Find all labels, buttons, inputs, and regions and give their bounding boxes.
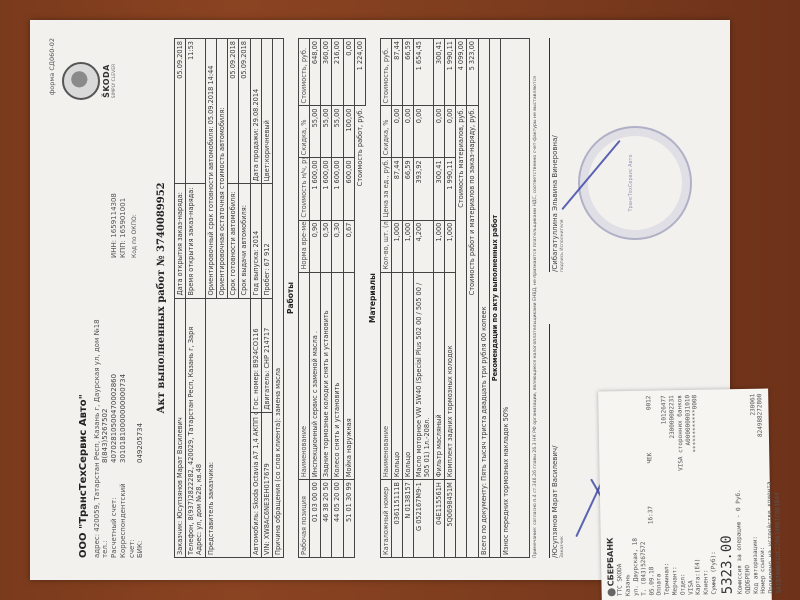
- work-header: Стоимость н/ч, руб.: [298, 158, 309, 220]
- order-info-table: Заказчик: Юсупзянов Марат ВасилевичДата …: [174, 38, 284, 558]
- work-row: 46 38 20 50Задние тормозные колодки снят…: [321, 39, 332, 558]
- executor-signature: /Сибагатуллина Эльвина Винеровна/ подпис…: [549, 38, 565, 272]
- mileage: Пробег: 67 912: [261, 184, 272, 298]
- plate-number: Гос. номер: В924СО116: [250, 298, 261, 412]
- work-cell: 0,67: [343, 220, 354, 272]
- work-cell: 55,00: [321, 106, 332, 158]
- materials-total-label: Стоимость материалов, руб.: [456, 106, 467, 558]
- est-ready-label: Ориентировочный срок готовности автомоби…: [207, 126, 215, 295]
- recommendation-text: Износ передних тормозных накладок 50%: [501, 39, 530, 558]
- work-cell: 100,00: [343, 106, 354, 158]
- tax-note: Примечание: согласно п.4 ст.346.26 главы…: [533, 38, 539, 558]
- check-label: ЧЕК: [646, 453, 654, 464]
- kpp: КПП: 165901001: [119, 193, 128, 258]
- company-address: адрес: 420059, Татарстан Респ, Казань г,…: [93, 178, 102, 558]
- card-number: ************0008: [692, 395, 701, 453]
- color: Цвет:коричневый: [261, 39, 272, 184]
- address-label: Адрес:: [195, 532, 203, 555]
- material-cell: 300,41: [433, 158, 444, 220]
- inn: ИНН: 1659114308: [110, 193, 119, 258]
- works-total-label: Стоимость работ, руб.: [354, 106, 365, 558]
- material-cell: 1 654,45: [414, 39, 433, 107]
- material-header: Скидка, %: [380, 106, 391, 158]
- material-header: Наименование: [380, 272, 391, 480]
- engine: Двигатель: CHP 214717: [261, 298, 272, 412]
- open-time: 11:53: [186, 39, 205, 184]
- corr-account-label: Корреспондентский счет:: [119, 463, 137, 558]
- grand-total: 5 323,00: [467, 39, 478, 107]
- work-cell: 600,00: [343, 158, 354, 220]
- bik-label: БИК:: [136, 463, 145, 558]
- material-cell: 66,59: [402, 158, 413, 220]
- visit-reason: Причина обращения (со слов клиента): зам…: [273, 39, 284, 558]
- work-cell: Мойка наружная: [343, 272, 354, 480]
- material-cell: 87,44: [391, 158, 402, 220]
- bank-label: СБЕРБАНК: [606, 537, 616, 586]
- check-number: 0012: [645, 396, 653, 411]
- work-cell: 1 600,00: [321, 158, 332, 220]
- open-date-label: Дата открытия заказ-наряда:: [175, 184, 186, 298]
- receipt-time: 16:37: [647, 506, 655, 524]
- material-cell: Фильтр масляный: [433, 272, 444, 480]
- material-cell: 393,92: [414, 158, 433, 220]
- work-cell: 44 05 20 00: [332, 480, 343, 558]
- tax-ids: ИНН: 1659114308 КПП: 165901001 Код по ОК…: [110, 193, 138, 258]
- material-cell: 0,00: [402, 106, 413, 158]
- work-header: Рабочая позиция: [298, 480, 309, 558]
- materials-table: Каталожный номерНаименованиеКол-во, шт. …: [380, 38, 531, 558]
- material-cell: Кольцо: [391, 272, 402, 480]
- work-cell: 0,50: [321, 220, 332, 272]
- work-cell: 0,30: [332, 220, 343, 272]
- material-header: Кол-во, шт. (л): [380, 220, 391, 272]
- executor-signature-name: /Сибагатуллина Эльвина Винеровна/: [551, 38, 560, 272]
- material-cell: N 0138157: [402, 480, 413, 558]
- account-label: Расчетный счет:: [110, 463, 119, 558]
- customer-signature: /Юсупзянов Марат Василевич/ Заказчик: [549, 324, 565, 558]
- okpo: Код по ОКПО:: [131, 193, 139, 258]
- work-cell: 01 03 00 00: [309, 480, 320, 558]
- company-bik: 049205734: [136, 423, 145, 463]
- material-header: Стоимость, руб.: [380, 39, 391, 107]
- material-cell: 0,00: [433, 106, 444, 158]
- material-cell: 87,44: [391, 39, 402, 107]
- skoda-logo-icon: [62, 62, 100, 100]
- work-row: 01 03 00 00Инспекционный сервис с замено…: [309, 39, 320, 558]
- brand-slogan: SIMPLY CLEVER: [112, 46, 118, 116]
- receipt-content: СБЕРБАНК ТТС SKODA Казань ул. Даурская, …: [603, 394, 766, 597]
- material-row: 04E115561HФильтр масляный1,000300,410,00…: [433, 39, 444, 558]
- sale-date: Дата продажи: 29.08.2014: [250, 39, 261, 184]
- ref-number: 824988272800: [757, 394, 766, 437]
- work-cell: 648,00: [309, 39, 320, 107]
- ready-label: Срок готовности автомобиля:: [228, 184, 239, 298]
- customer-role: Заказчик: [560, 324, 566, 558]
- material-cell: G 052167M9-1: [414, 480, 433, 558]
- material-cell: Кольцо: [402, 272, 413, 480]
- phone-value: 8(937)2822282, 420029, Татарстан Респ, К…: [187, 327, 195, 521]
- company-account: 40702810500470002860: [110, 374, 119, 463]
- work-cell: 1 600,00: [309, 158, 320, 220]
- works-table: Рабочая позицияНаименованиеНорма вре-мен…: [298, 38, 366, 558]
- material-row: G 052167M9-1Масло моторное VW 5W40 (Spec…: [414, 39, 433, 558]
- material-header: Цена за ед., руб.: [380, 158, 391, 220]
- material-row: N 0138157Кольцо1,00066,590,0066,59: [402, 39, 413, 558]
- release-date: 05.09.2018: [239, 39, 250, 184]
- customer-phone-address: Телефон, 8(937)2822282, 420029, Татарста…: [186, 298, 205, 557]
- material-cell: 1 990,11: [444, 158, 455, 220]
- representative: Представитель заказчика:: [205, 298, 250, 557]
- order-grid: Заказчик: Юсупзянов Марат ВасилевичДата …: [174, 38, 565, 558]
- work-cell: 360,00: [321, 39, 332, 107]
- work-row: 51 01 30 99Мойка наружная0,67600,00100,0…: [343, 39, 354, 558]
- customer-signature-name: /Юсупзянов Марат Василевич/: [551, 324, 560, 558]
- card-payment-receipt: СБЕРБАНК ТТС SKODA Казань ул. Даурская, …: [598, 389, 772, 600]
- material-cell: Масло моторное VW 5W40 (Special Plus 502…: [414, 272, 433, 480]
- material-cell: 0,00: [444, 106, 455, 158]
- material-cell: 0,00: [414, 106, 433, 158]
- work-cell: Задние тормозные колодки снять и установ…: [321, 272, 332, 480]
- year: Год выпуска: 2014: [250, 184, 261, 298]
- stamp-text: ТрансТехСервис Авто: [628, 128, 634, 238]
- company-corr-account: 30101810000000000734: [119, 374, 137, 463]
- ready-date: 05.09.2018: [228, 39, 239, 184]
- work-cell: 55,00: [309, 106, 320, 158]
- material-cell: 1 990,11: [444, 39, 455, 107]
- est-ready-value: 05.09.2018 14:44: [207, 66, 215, 125]
- work-cell: 0,00: [343, 39, 354, 107]
- residual-value-label: Ориентировочная остаточная стоимость авт…: [216, 39, 227, 299]
- work-header: Наименование: [298, 272, 309, 480]
- work-cell: 1 600,00: [332, 158, 343, 220]
- works-title: Работы: [284, 38, 297, 558]
- material-cell: 1,000: [402, 220, 413, 272]
- material-cell: 300,41: [433, 39, 444, 107]
- brand-block: ŠKODA SIMPLY CLEVER: [62, 46, 118, 116]
- material-cell: 4,200: [414, 220, 433, 272]
- material-header: Каталожный номер: [380, 480, 391, 558]
- phone-label: Телефон,: [187, 523, 195, 555]
- company-phone: 8(843)5267502: [101, 409, 110, 463]
- work-header: Стоимость, руб.: [298, 39, 309, 107]
- total-in-words: Всего по документу: Пять тысяч триста дв…: [478, 39, 489, 558]
- work-cell: 46 38 20 50: [321, 480, 332, 558]
- card-type: VISA: [687, 580, 695, 595]
- work-header: Скидка, %: [298, 106, 309, 158]
- document-title: Акт выполненных работ № 3740089952: [156, 38, 169, 558]
- executor-role: подпись Исполнителя: [560, 38, 566, 272]
- materials-total: 4 099,00: [456, 39, 467, 107]
- sberbank-logo-icon: [607, 588, 615, 596]
- car-model: Автомобиль: Skoda Octavia A7 1,4 АКПП се…: [250, 412, 261, 557]
- material-cell: 5Q0698451M: [444, 480, 455, 558]
- issuer-label: Отдел:: [679, 573, 687, 595]
- works-total: 1 224,00: [354, 39, 365, 107]
- work-cell: 216,00: [332, 39, 343, 107]
- materials-title: Материалы: [366, 38, 379, 558]
- material-cell: Комплект задних тормозных колодок: [444, 272, 455, 480]
- signature-row: /Юсупзянов Марат Василевич/ Заказчик /Си…: [549, 38, 565, 558]
- address-value: ул, дом №28, кв.48: [195, 464, 203, 530]
- material-cell: 04E115561H: [433, 480, 444, 558]
- grand-total-label: Стоимость работ и материалов по заказ-на…: [467, 106, 478, 558]
- company-name: ООО "ТрансТехСервис Авто": [78, 178, 91, 558]
- open-time-label: Время открытия заказ-наряда:: [186, 184, 205, 298]
- receipt-date: 05.09.18: [648, 567, 656, 596]
- open-date: 05.09.2018: [175, 39, 186, 184]
- material-cell: 0,00: [391, 106, 402, 158]
- material-cell: 036115111B: [391, 480, 402, 558]
- material-cell: 1,000: [391, 220, 402, 272]
- est-ready: Ориентировочный срок готовности автомоби…: [205, 39, 216, 299]
- form-code: форма СД060-02: [48, 38, 56, 95]
- company-stamp: ТрансТехСервис Авто: [578, 126, 692, 240]
- release-label: Срок выдачи автомобиля:: [239, 184, 250, 298]
- work-cell: 0,90: [309, 220, 320, 272]
- brand-name: ŠKODA: [102, 46, 112, 116]
- work-cell: Инспекционный сервис с заменой масла .: [309, 272, 320, 480]
- work-cell: 55,00: [332, 106, 343, 158]
- material-cell: 66,59: [402, 39, 413, 107]
- material-row: 5Q0698451MКомплект задних тормозных коло…: [444, 39, 455, 558]
- work-cell: Колесо снять и установить: [332, 272, 343, 480]
- work-cell: 51 01 30 99: [343, 480, 354, 558]
- material-cell: 1,000: [444, 220, 455, 272]
- vin: VIN: XW8AC6NE3EH017679: [261, 412, 272, 557]
- work-header: Норма вре-мени, н/ч: [298, 220, 309, 272]
- recommendations-title: Рекомендации по акту выполненных работ: [489, 39, 500, 558]
- customer: Заказчик: Юсупзянов Марат Василевич: [175, 298, 186, 557]
- phone-label: тел.:: [101, 463, 110, 558]
- material-cell: 1,000: [433, 220, 444, 272]
- material-row: 036115111BКольцо1,00087,440,0087,44: [391, 39, 402, 558]
- work-row: 44 05 20 00Колесо снять и установить0,30…: [332, 39, 343, 558]
